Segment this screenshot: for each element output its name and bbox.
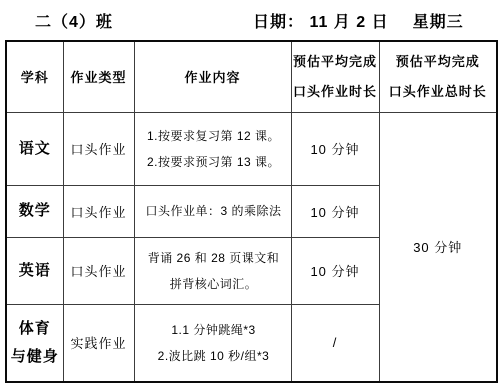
col-header-avg-line2: 口头作业时长 (292, 77, 379, 107)
col-header-avg-duration: 预估平均完成 口头作业时长 (291, 41, 379, 112)
content-line: 1.按要求复习第 12 课。 (143, 123, 285, 149)
duration-cell: 10 分钟 (291, 112, 379, 185)
date-text: 日期： 11 月 2 日 (253, 14, 389, 31)
subject-line: 与健身 (7, 343, 63, 371)
type-cell: 口头作业 (63, 237, 134, 304)
subject-cell: 体育 与健身 (6, 304, 63, 382)
type-cell: 实践作业 (63, 304, 134, 382)
col-header-subject: 学科 (6, 41, 63, 112)
weekday-text: 星期三 (413, 14, 464, 31)
content-line: 1.1 分钟跳绳*3 (143, 317, 285, 343)
subject-cell: 数学 (6, 185, 63, 237)
table-row-chinese: 语文 口头作业 1.按要求复习第 12 课。 2.按要求预习第 13 课。 10… (6, 112, 497, 185)
subject-line: 体育 (7, 315, 63, 343)
homework-sheet: 二（4）班 日期： 11 月 2 日星期三 学科 作业类型 作业内容 预估平均完… (0, 0, 500, 387)
col-header-total-duration: 预估平均完成 口头作业总时长 (379, 41, 497, 112)
total-duration-cell: 30 分钟 (379, 112, 497, 382)
col-header-total-line2: 口头作业总时长 (380, 77, 497, 107)
duration-cell: 10 分钟 (291, 237, 379, 304)
type-cell: 口头作业 (63, 112, 134, 185)
date-line: 日期： 11 月 2 日星期三 (253, 9, 464, 32)
col-header-avg-line1: 预估平均完成 (292, 47, 379, 77)
content-line: 2.波比跳 10 秒/组*3 (143, 343, 285, 369)
duration-cell: 10 分钟 (291, 185, 379, 237)
sheet-header: 二（4）班 日期： 11 月 2 日星期三 (0, 6, 500, 36)
homework-table: 学科 作业类型 作业内容 预估平均完成 口头作业时长 预估平均完成 口头作业总时… (5, 40, 498, 383)
subject-cell: 英语 (6, 237, 63, 304)
content-line: 背诵 26 和 28 页课文和拼背核心词汇。 (143, 245, 285, 297)
col-header-total-line1: 预估平均完成 (380, 47, 497, 77)
header-row: 学科 作业类型 作业内容 预估平均完成 口头作业时长 预估平均完成 口头作业总时… (6, 41, 497, 112)
col-header-content: 作业内容 (134, 41, 291, 112)
subject-cell: 语文 (6, 112, 63, 185)
class-name: 二（4）班 (35, 9, 113, 32)
content-cell: 背诵 26 和 28 页课文和拼背核心词汇。 (134, 237, 291, 304)
type-cell: 口头作业 (63, 185, 134, 237)
content-cell: 口头作业单：3 的乘除法 (134, 185, 291, 237)
content-cell: 1.按要求复习第 12 课。 2.按要求预习第 13 课。 (134, 112, 291, 185)
content-line: 2.按要求预习第 13 课。 (143, 149, 285, 175)
content-line: 口头作业单：3 的乘除法 (143, 198, 285, 224)
content-cell: 1.1 分钟跳绳*3 2.波比跳 10 秒/组*3 (134, 304, 291, 382)
col-header-type: 作业类型 (63, 41, 134, 112)
duration-cell: / (291, 304, 379, 382)
